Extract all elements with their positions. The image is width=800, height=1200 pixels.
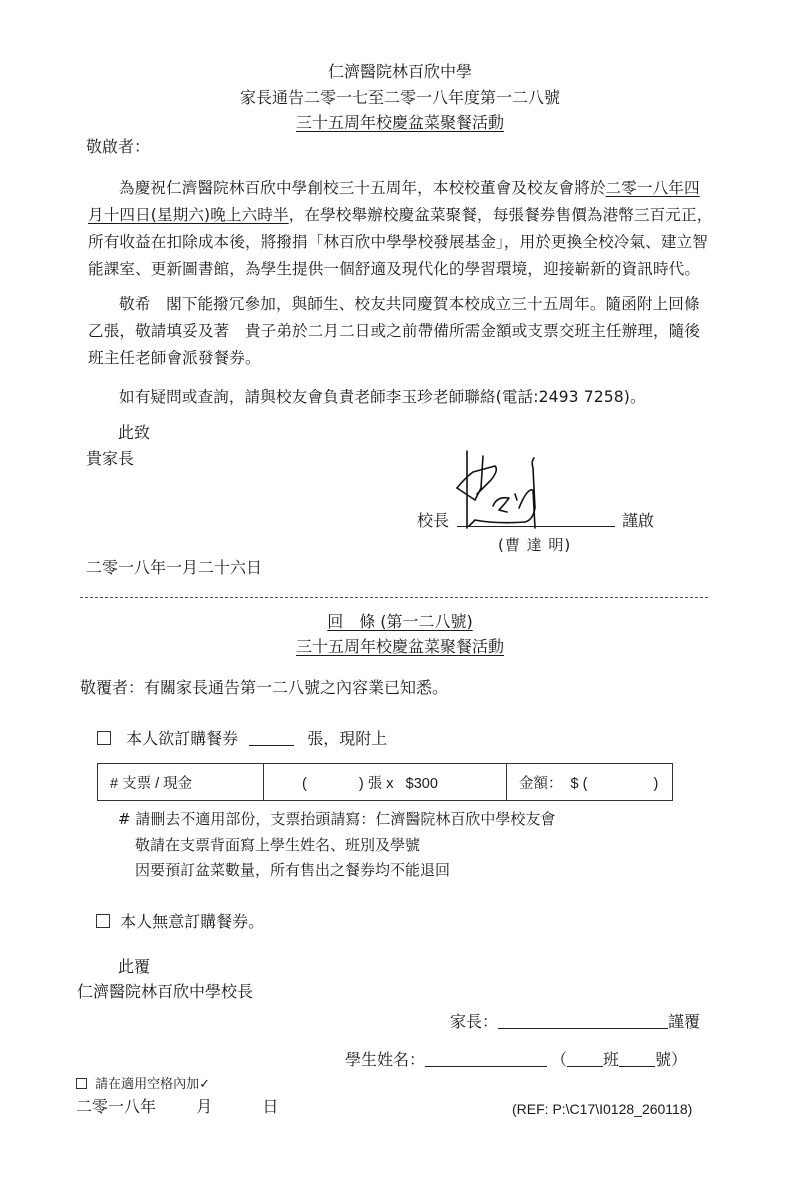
- paragraph2-line2: 乙張，敬請填妥及著 貴子弟於二月二日或之前帶備所需金額或支票交班主任辦理，隨後: [88, 318, 716, 345]
- event-title-text: 三十五周年校慶盆菜聚餐活動: [296, 113, 504, 132]
- quantity-price: ) 張 x $300: [359, 776, 438, 792]
- quantity-cell[interactable]: ( ) 張 x $300: [264, 764, 507, 801]
- ticket-count-field[interactable]: [249, 731, 294, 746]
- reply-date-row: 二零一八年 月 日: [76, 1097, 278, 1117]
- note-line-2: 敬請在支票背面寫上學生姓名、班別及學號: [135, 836, 420, 855]
- reply-slip-title-text: 回 條 (第一二八號): [327, 612, 473, 631]
- tear-off-dashed-line: [80, 597, 708, 598]
- paragraph-invitation: 敬希 閣下能撥冗參加，與師生、校友共同慶賀本校成立三十五周年。隨函附上回條 乙張…: [88, 291, 716, 372]
- salutation: 敬啟者：: [86, 137, 150, 157]
- event-date-underlined-part2: 月十四日(星期六)晚上六時半: [88, 206, 289, 224]
- tick-instruction-text: 請在適用空格內加✓: [95, 1077, 210, 1092]
- student-name-field[interactable]: [425, 1052, 547, 1067]
- principal-label: 校長: [417, 511, 449, 531]
- paragraph1-line2-text: ，在學校舉辦校慶盆菜聚餐，每張餐券售價為港幣三百元正，: [289, 206, 713, 224]
- note-line-3: 因要預訂盆菜數量，所有售出之餐券均不能退回: [135, 861, 450, 880]
- class-open-paren: （: [551, 1050, 567, 1069]
- amount-label: 金額：: [519, 776, 563, 792]
- class-field[interactable]: [567, 1052, 603, 1067]
- event-date-underlined-part1: 二零一八年四: [606, 179, 700, 197]
- payment-method-cell[interactable]: # 支票 / 現金: [98, 764, 264, 801]
- amount-cell[interactable]: 金額： $ ( ): [507, 764, 673, 801]
- reply-date-year: 二零一八年: [76, 1097, 156, 1116]
- amount-open: $ (: [571, 776, 588, 792]
- tick-instruction: 請在適用空格內加✓: [76, 1076, 210, 1093]
- payment-row: # 支票 / 現金 ( ) 張 x $300 金額： $ ( ): [98, 764, 673, 801]
- decline-checkbox[interactable]: [96, 914, 110, 928]
- paragraph2-line1: 敬希 閣下能撥冗參加，與師生、校友共同慶賀本校成立三十五周年。隨函附上回條: [88, 291, 716, 318]
- notice-number: 家長通告二零一七至二零一八年度第一二八號: [0, 88, 800, 108]
- reply-recipient: 仁濟醫院林百欣中學校長: [77, 982, 253, 1002]
- student-name-label: 學生姓名：: [345, 1050, 425, 1069]
- paragraph1-line1: 為慶祝仁濟醫院林百欣中學創校三十五周年，本校校董會及校友會將於二零一八年四: [88, 175, 716, 202]
- paragraph-contact: 如有疑問或查詢，請與校友會負責老師李玉珍老師聯絡(電話:2493 7258)。: [88, 384, 716, 411]
- reply-date-day: 日: [262, 1097, 278, 1116]
- reply-closing: 此覆: [118, 957, 150, 977]
- reply-day-field[interactable]: [217, 1100, 257, 1114]
- letter-date: 二零一八年一月二十六日: [86, 558, 262, 578]
- school-name: 仁濟醫院林百欣中學: [0, 62, 800, 82]
- reply-month-field[interactable]: [161, 1100, 191, 1114]
- parent-signature-field[interactable]: [498, 1014, 668, 1029]
- reference-code: (REF: P:\C17\I0128_260118): [512, 1100, 692, 1118]
- event-title: 三十五周年校慶盆菜聚餐活動: [0, 113, 800, 133]
- note-line-1: # 請刪去不適用部份，支票抬頭請寫：仁濟醫院林百欣中學校友會: [118, 810, 555, 829]
- reply-slip-event-title: 三十五周年校慶盆菜聚餐活動: [0, 637, 800, 657]
- paragraph-event-details: 為慶祝仁濟醫院林百欣中學創校三十五周年，本校校董會及校友會將於二零一八年四 月十…: [88, 175, 716, 283]
- class-label: 班: [603, 1050, 619, 1069]
- contact-line: 如有疑問或查詢，請與校友會負責老師李玉珍老師聯絡(電話:2493 7258)。: [88, 384, 716, 411]
- reply-date-month: 月: [196, 1097, 212, 1116]
- reply-slip-event-title-text: 三十五周年校慶盆菜聚餐活動: [296, 637, 504, 656]
- paragraph1-line1-text: 為慶祝仁濟醫院林百欣中學創校三十五周年，本校校董會及校友會將於: [119, 179, 606, 197]
- order-label-suffix: 張，現附上: [307, 729, 387, 748]
- instruction-checkbox-icon: [76, 1078, 87, 1089]
- quantity-open-paren: (: [302, 776, 307, 792]
- parent-closing: 謹覆: [668, 1012, 700, 1031]
- recipient-text: 貴家長: [86, 449, 134, 469]
- student-info-row: 學生姓名：（班號）: [345, 1050, 687, 1070]
- amount-close: ): [654, 776, 659, 792]
- parent-signature-row: 家長：謹覆: [450, 1012, 700, 1032]
- paragraph2-line3: 班主任老師會派發餐券。: [88, 345, 716, 372]
- paragraph1-line4: 能課室、更新圖書館，為學生提供一個舒適及現代化的學習環境，迎接嶄新的資訊時代。: [88, 256, 716, 283]
- student-number-field[interactable]: [619, 1052, 655, 1067]
- closing-text: 此致: [118, 423, 150, 443]
- principal-closing: 謹啟: [622, 511, 654, 531]
- decline-label: 本人無意訂購餐券。: [120, 912, 264, 931]
- parent-label: 家長：: [450, 1012, 498, 1031]
- paragraph1-line3: 所有收益在扣除成本後，將撥捐「林百欣中學學校發展基金」，用於更換全校冷氣、建立智: [88, 229, 716, 256]
- payment-table: # 支票 / 現金 ( ) 張 x $300 金額： $ ( ): [97, 763, 673, 801]
- order-option[interactable]: 本人欲訂購餐券 張，現附上: [97, 729, 387, 749]
- principal-signature-icon: [455, 448, 605, 533]
- number-label: 號）: [655, 1050, 687, 1069]
- decline-option[interactable]: 本人無意訂購餐券。: [96, 912, 264, 932]
- payment-method: # 支票 / 現金: [110, 776, 192, 792]
- principal-name: (曹 達 明): [498, 536, 571, 555]
- reply-slip-title: 回 條 (第一二八號): [0, 612, 800, 632]
- acknowledgement-text: 敬覆者：有關家長通告第一二八號之內容業已知悉。: [80, 678, 448, 698]
- order-checkbox[interactable]: [97, 731, 111, 745]
- paragraph1-line2: 月十四日(星期六)晚上六時半，在學校舉辦校慶盆菜聚餐，每張餐券售價為港幣三百元正…: [88, 202, 716, 229]
- order-label: 本人欲訂購餐券: [126, 729, 238, 748]
